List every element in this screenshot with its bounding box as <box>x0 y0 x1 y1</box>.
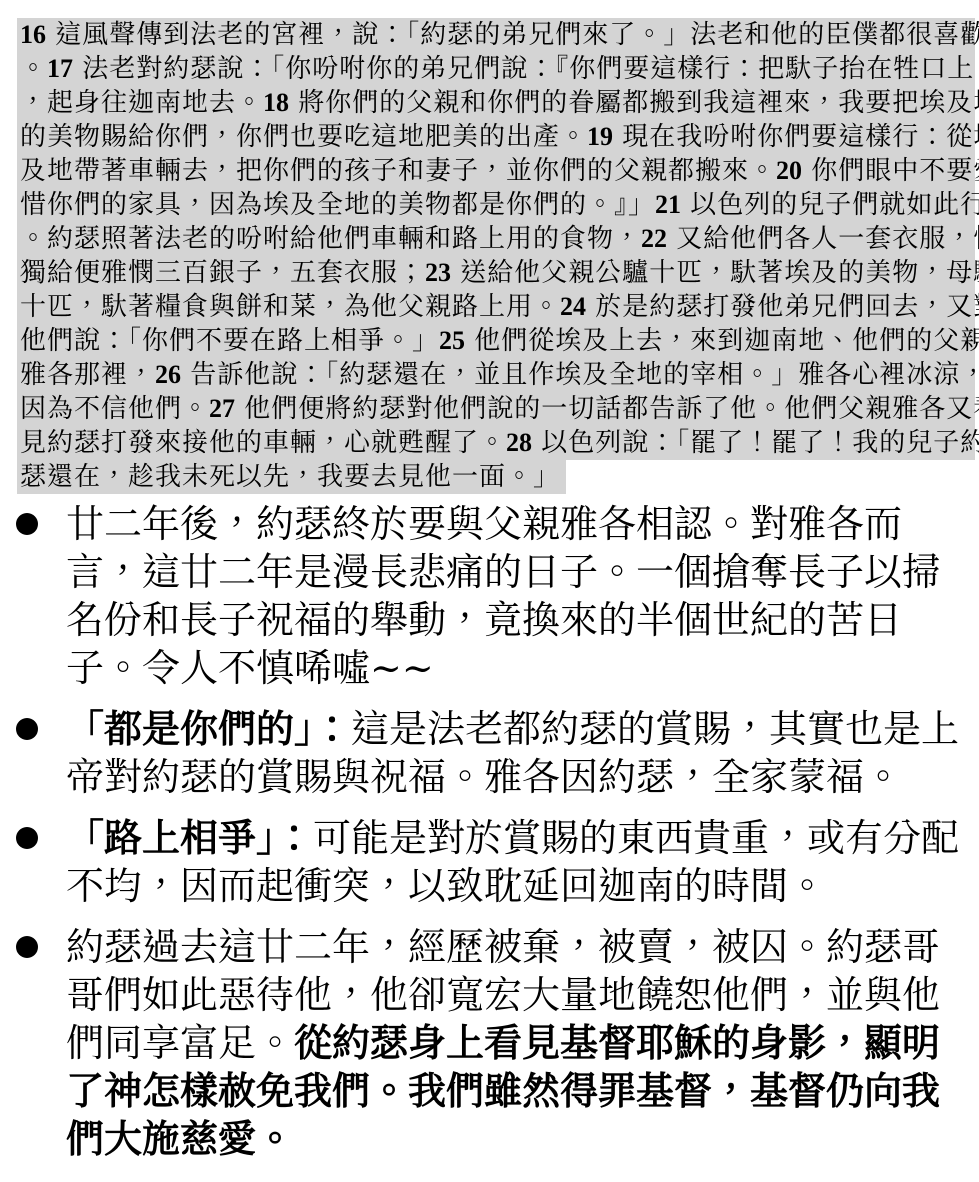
verse-number: 21 <box>655 190 681 219</box>
scripture-line: 惜你們的家具，因為埃及全地的美物都是你們的。』」21 以色列的兒子們就如此行 <box>17 188 975 222</box>
scripture-line: 因為不信他們。27 他們便將約瑟對他們說的一切話都告訴了他。他們父親雅各又看 <box>17 392 975 426</box>
scripture-line: 瑟還在，趁我未死以先，我要去見他一面。」 <box>17 460 566 494</box>
commentary-text: 「都是你們的」：這是法老都約瑟的賞賜，其實也是上帝對約瑟的賞賜與祝福。雅各因約瑟… <box>66 707 959 799</box>
verse-number: 17 <box>47 54 73 83</box>
verse-number: 23 <box>425 258 451 287</box>
scripture-line: 及地帶著車輛去，把你們的孩子和妻子，並你們的父親都搬來。20 你們眼中不要愛 <box>17 154 975 188</box>
commentary-item: 約瑟過去這廿二年，經歷被棄，被賣，被囚。約瑟哥哥們如此惡待他，他卻寬宏大量地饒恕… <box>0 923 979 1163</box>
verse-number: 28 <box>506 428 532 457</box>
scripture-line: 十匹，馱著糧食與餅和菜，為他父親路上用。24 於是約瑟打發他弟兄們回去，又對 <box>17 290 975 324</box>
scripture-passage: 16 這風聲傳到法老的宮裡，說：「約瑟的弟兄們來了。」法老和他的臣僕都很喜歡。1… <box>17 18 975 494</box>
verse-number: 16 <box>20 20 46 49</box>
scripture-line: 16 這風聲傳到法老的宮裡，說：「約瑟的弟兄們來了。」法老和他的臣僕都很喜歡 <box>17 18 975 52</box>
scripture-line: 他們說：「你們不要在路上相爭。」25 他們從埃及上去，來到迦南地、他們的父親 <box>17 324 975 358</box>
verse-number: 27 <box>209 394 235 423</box>
commentary-item: 「路上相爭」：可能是對於賞賜的東西貴重，或有分配不均，因而起衝突，以致耽延回迦南… <box>0 814 979 910</box>
bullet-icon <box>16 718 38 740</box>
verse-number: 19 <box>587 122 613 151</box>
commentary-list: 廿二年後，約瑟終於要與父親雅各相認。對雅各而言，這廿二年是漫長悲痛的日子。一個搶… <box>0 500 979 1163</box>
verse-number: 25 <box>439 326 465 355</box>
bullet-icon <box>16 513 38 535</box>
verse-number: 18 <box>263 88 289 117</box>
commentary-item: 「都是你們的」：這是法老都約瑟的賞賜，其實也是上帝對約瑟的賞賜與祝福。雅各因約瑟… <box>0 705 979 801</box>
scripture-line: ，起身往迦南地去。18 將你們的父親和你們的眷屬都搬到我這裡來，我要把埃及地 <box>17 86 975 120</box>
commentary-item: 廿二年後，約瑟終於要與父親雅各相認。對雅各而言，這廿二年是漫長悲痛的日子。一個搶… <box>0 500 979 692</box>
document-page: 16 這風聲傳到法老的宮裡，說：「約瑟的弟兄們來了。」法老和他的臣僕都很喜歡。1… <box>0 0 979 1182</box>
verse-number: 26 <box>155 360 181 389</box>
commentary-text: 廿二年後，約瑟終於要與父親雅各相認。對雅各而言，這廿二年是漫長悲痛的日子。一個搶… <box>66 502 940 690</box>
commentary-text: 約瑟過去這廿二年，經歷被棄，被賣，被囚。約瑟哥哥們如此惡待他，他卻寬宏大量地饒恕… <box>66 925 940 1161</box>
scripture-line: 的美物賜給你們，你們也要吃這地肥美的出產。19 現在我吩咐你們要這樣行：從埃 <box>17 120 975 154</box>
verse-number: 20 <box>776 156 802 185</box>
scripture-line: 。約瑟照著法老的吩咐給他們車輛和路上用的食物，22 又給他們各人一套衣服，惟 <box>17 222 975 256</box>
commentary-segment-normal: 廿二年後，約瑟終於要與父親雅各相認。對雅各而言，這廿二年是漫長悲痛的日子。一個搶… <box>66 502 940 690</box>
scripture-line: 雅各那裡，26 告訴他說：「約瑟還在，並且作埃及全地的宰相。」雅各心裡冰涼， <box>17 358 975 392</box>
scripture-line: 獨給便雅憫三百銀子，五套衣服；23 送給他父親公驢十匹，馱著埃及的美物，母驢 <box>17 256 975 290</box>
commentary-segment-term: 「都是你們的」： <box>66 707 351 751</box>
commentary-segment-term: 「路上相爭」： <box>66 816 313 860</box>
scripture-line: 。17 法老對約瑟說：「你吩咐你的弟兄們說：『你們要這樣行：把馱子抬在牲口上 <box>17 52 975 86</box>
commentary-text: 「路上相爭」：可能是對於賞賜的東西貴重，或有分配不均，因而起衝突，以致耽延回迦南… <box>66 816 959 908</box>
bullet-icon <box>16 936 38 958</box>
verse-number: 22 <box>641 224 667 253</box>
scripture-line: 見約瑟打發來接他的車輛，心就甦醒了。28 以色列說：「罷了！罷了！我的兒子約 <box>17 426 975 460</box>
bullet-icon <box>16 827 38 849</box>
verse-number: 24 <box>560 292 586 321</box>
